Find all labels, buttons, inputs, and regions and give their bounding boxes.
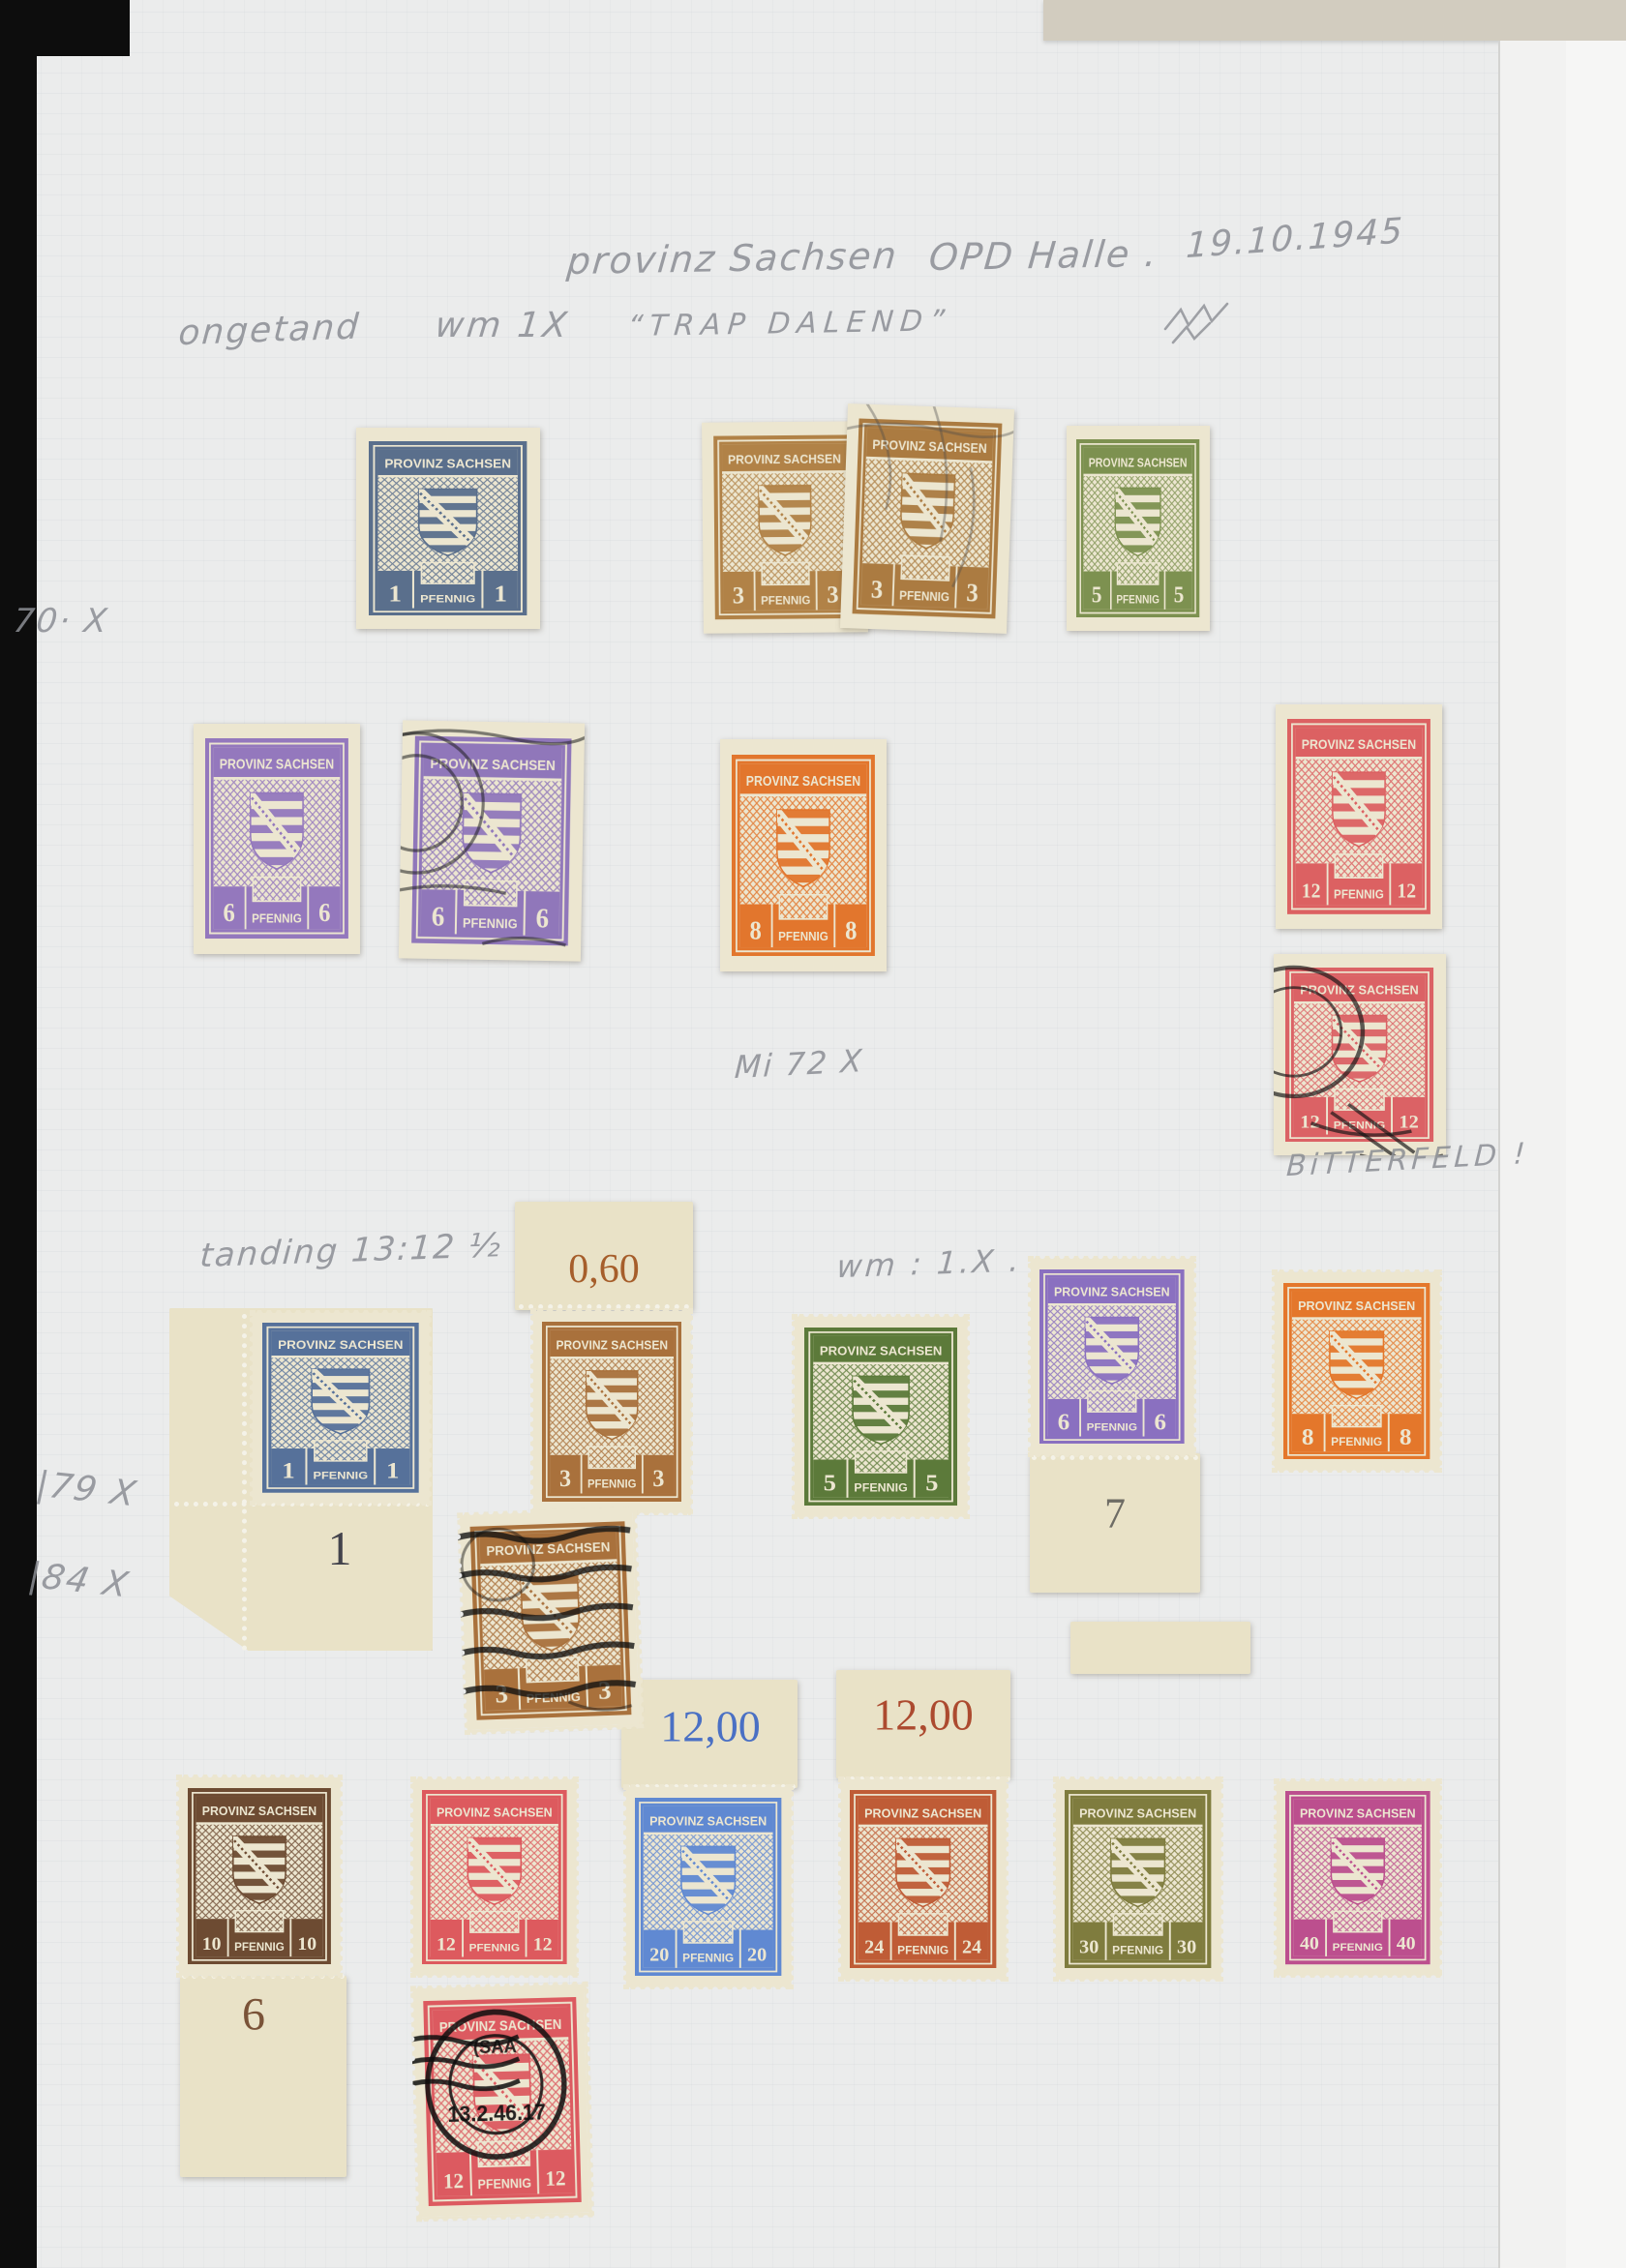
svg-text:5: 5 bbox=[925, 1469, 938, 1496]
svg-text:10: 10 bbox=[202, 1934, 222, 1955]
top-margin-20pf-number: 12,00 bbox=[660, 1701, 761, 1752]
svg-text:PFENNIG: PFENNIG bbox=[1334, 887, 1384, 902]
page-right-edge-light bbox=[1566, 41, 1626, 2268]
stamp-20pf: PROVINZ SACHSEN 20 20 PFENNIG bbox=[623, 1784, 794, 1989]
bottom-margin-6pf-number: 7 bbox=[1104, 1489, 1126, 1538]
svg-text:PROVINZ SACHSEN: PROVINZ SACHSEN bbox=[1298, 1298, 1415, 1313]
note-70x: 70· X bbox=[12, 602, 110, 641]
svg-text:3: 3 bbox=[827, 582, 838, 610]
svg-text:PROVINZ SACHSEN: PROVINZ SACHSEN bbox=[864, 1805, 981, 1820]
svg-text:PROVINZ SACHSEN: PROVINZ SACHSEN bbox=[649, 1813, 767, 1828]
svg-text:PFENNIG: PFENNIG bbox=[1333, 1941, 1383, 1954]
svg-text:PROVINZ SACHSEN: PROVINZ SACHSEN bbox=[220, 758, 334, 773]
stamp-10pf: PROVINZ SACHSEN 10 10 PFENNIG bbox=[176, 1775, 343, 1978]
stamp-12pf-used: PROVINZ SACHSEN 12 12 PFENNIG bbox=[1274, 954, 1446, 1155]
stamp-24pf: PROVINZ SACHSEN 24 24 PFENNIG bbox=[838, 1776, 1009, 1982]
stamp-5pf: PROVINZ SACHSEN 5 5 PFENNIG bbox=[1067, 426, 1210, 631]
stamp-3pf-used: PROVINZ SACHSEN 3 3 PFENNIG bbox=[840, 403, 1014, 634]
svg-text:8: 8 bbox=[1302, 1424, 1314, 1450]
svg-text:PFENNIG: PFENNIG bbox=[469, 1941, 520, 1954]
stamp-6pf: PROVINZ SACHSEN 6 6 PFENNIG bbox=[1028, 1256, 1196, 1457]
svg-text:PROVINZ SACHSEN: PROVINZ SACHSEN bbox=[278, 1338, 403, 1352]
svg-text:PROVINZ SACHSEN: PROVINZ SACHSEN bbox=[202, 1804, 316, 1818]
svg-text:PROVINZ SACHSEN: PROVINZ SACHSEN bbox=[728, 452, 841, 467]
svg-text:(SAA: (SAA bbox=[473, 2037, 518, 2059]
stamp-1pf: PROVINZ SACHSEN 1 1 PFENNIG bbox=[250, 1310, 432, 1506]
note-wm2: wm : 1.X . bbox=[835, 1241, 1023, 1285]
svg-text:PFENNIG: PFENNIG bbox=[683, 1952, 735, 1965]
bottom-margin-6pf: 7 bbox=[1030, 1453, 1200, 1593]
svg-text:1: 1 bbox=[282, 1459, 294, 1483]
svg-text:PFENNIG: PFENNIG bbox=[1332, 1436, 1383, 1448]
svg-text:PROVINZ SACHSEN: PROVINZ SACHSEN bbox=[1089, 455, 1188, 469]
top-margin-24pf-number: 12,00 bbox=[873, 1689, 974, 1741]
svg-text:PROVINZ SACHSEN: PROVINZ SACHSEN bbox=[746, 773, 860, 789]
top-margin-20pf: 12,00 bbox=[621, 1680, 798, 1788]
svg-text:6: 6 bbox=[1155, 1409, 1166, 1435]
note-mi72x: Mi 72 X bbox=[734, 1042, 864, 1086]
svg-text:PROVINZ SACHSEN: PROVINZ SACHSEN bbox=[385, 457, 512, 470]
svg-text:PFENNIG: PFENNIG bbox=[587, 1477, 637, 1490]
stamp-6pf-used: PROVINZ SACHSEN 6 6 PFENNIG bbox=[399, 720, 585, 961]
stamp-3pf-used: PROVINZ SACHSEN 3 3 PFENNIG bbox=[457, 1507, 645, 1735]
svg-text:PROVINZ SACHSEN: PROVINZ SACHSEN bbox=[1302, 737, 1416, 753]
svg-text:40: 40 bbox=[1397, 1934, 1416, 1955]
svg-text:8: 8 bbox=[750, 915, 762, 945]
page-top-edge bbox=[1043, 0, 1626, 41]
svg-text:PFENNIG: PFENNIG bbox=[252, 911, 302, 926]
svg-text:3: 3 bbox=[733, 582, 744, 610]
stamp-1pf: PROVINZ SACHSEN 1 1 PFENNIG bbox=[356, 428, 540, 629]
bottom-margin-10pf: 6 bbox=[180, 1976, 346, 2177]
svg-text:5: 5 bbox=[1174, 582, 1185, 608]
svg-text:PFENNIG: PFENNIG bbox=[898, 1944, 949, 1957]
stamp-40pf: PROVINZ SACHSEN 40 40 PFENNIG bbox=[1274, 1778, 1442, 1978]
svg-text:PROVINZ SACHSEN: PROVINZ SACHSEN bbox=[820, 1343, 943, 1357]
svg-text:6: 6 bbox=[224, 898, 235, 928]
header-region: provinz Sachsen bbox=[565, 234, 900, 283]
svg-text:PFENNIG: PFENNIG bbox=[420, 592, 475, 605]
top-margin-24pf: 12,00 bbox=[836, 1670, 1010, 1778]
svg-text:3: 3 bbox=[652, 1466, 664, 1492]
svg-text:40: 40 bbox=[1300, 1934, 1319, 1955]
svg-text:PFENNIG: PFENNIG bbox=[1087, 1420, 1137, 1433]
svg-text:20: 20 bbox=[649, 1944, 669, 1965]
svg-text:12: 12 bbox=[437, 1934, 456, 1955]
svg-text:PFENNIG: PFENNIG bbox=[1113, 1944, 1164, 1957]
svg-text:6: 6 bbox=[1058, 1409, 1069, 1435]
stamp-8pf: PROVINZ SACHSEN 8 8 PFENNIG bbox=[720, 739, 887, 971]
svg-text:8: 8 bbox=[845, 915, 857, 945]
svg-text:PROVINZ SACHSEN: PROVINZ SACHSEN bbox=[1054, 1284, 1170, 1298]
svg-text:30: 30 bbox=[1177, 1936, 1196, 1957]
stamp-12pf: PROVINZ SACHSEN 12 12 PFENNIG bbox=[1276, 704, 1442, 929]
scan-frame-top-left bbox=[0, 0, 130, 56]
header-opd: OPD Halle . bbox=[927, 232, 1160, 279]
note-ongetand: ongetand bbox=[177, 307, 361, 353]
svg-text:6: 6 bbox=[318, 898, 330, 928]
svg-text:3: 3 bbox=[559, 1466, 571, 1492]
top-margin-3pf-number: 0,60 bbox=[568, 1246, 640, 1293]
stamp-12pf: PROVINZ SACHSEN 12 12 PFENNIG bbox=[410, 1776, 579, 1978]
top-margin-3pf: 0,60 bbox=[515, 1202, 693, 1310]
svg-text:PFENNIG: PFENNIG bbox=[1117, 594, 1160, 607]
svg-text:8: 8 bbox=[1400, 1424, 1412, 1450]
svg-text:20: 20 bbox=[747, 1944, 767, 1965]
svg-text:PFENNIG: PFENNIG bbox=[761, 594, 810, 608]
stamp-5pf: PROVINZ SACHSEN 5 5 PFENNIG bbox=[792, 1314, 970, 1519]
note-wm1: wm 1X bbox=[434, 306, 572, 345]
svg-text:1: 1 bbox=[389, 580, 403, 606]
svg-text:PFENNIG: PFENNIG bbox=[314, 1470, 369, 1482]
stamp-12pf-used: PROVINZ SACHSEN 12 12 PFENNIG (SAA 13.2.… bbox=[410, 1982, 594, 2223]
svg-text:PFENNIG: PFENNIG bbox=[854, 1481, 907, 1495]
svg-text:24: 24 bbox=[864, 1936, 884, 1957]
svg-text:5: 5 bbox=[824, 1469, 836, 1496]
corner-margin-1pf-number: 1 bbox=[328, 1520, 352, 1576]
bottom-margin-10pf-number: 6 bbox=[242, 1988, 265, 2042]
svg-text:PROVINZ SACHSEN: PROVINZ SACHSEN bbox=[556, 1337, 668, 1352]
pencil-squiggle-mark bbox=[1159, 300, 1266, 355]
svg-text:24: 24 bbox=[962, 1936, 981, 1957]
blank-piece bbox=[1070, 1622, 1250, 1674]
stamp-30pf: PROVINZ SACHSEN 30 30 PFENNIG bbox=[1053, 1776, 1223, 1982]
note-trap: “TRAP DALEND” bbox=[626, 304, 952, 343]
svg-text:12: 12 bbox=[1302, 880, 1321, 903]
album-page: 10,607612,0012,00 PROVINZ SACHSEN 1 1 PF… bbox=[0, 0, 1626, 2268]
svg-text:1: 1 bbox=[495, 580, 508, 606]
svg-text:5: 5 bbox=[1092, 582, 1102, 608]
svg-text:PFENNIG: PFENNIG bbox=[778, 929, 828, 943]
scan-frame-left bbox=[0, 0, 37, 2268]
svg-text:12: 12 bbox=[533, 1934, 553, 1955]
perforation-line bbox=[242, 1314, 247, 1651]
svg-text:PROVINZ SACHSEN: PROVINZ SACHSEN bbox=[1079, 1805, 1196, 1820]
svg-text:PROVINZ SACHSEN: PROVINZ SACHSEN bbox=[437, 1805, 553, 1819]
svg-text:1: 1 bbox=[386, 1459, 399, 1483]
svg-text:13.2.46.17: 13.2.46.17 bbox=[447, 2100, 546, 2127]
svg-text:12: 12 bbox=[1397, 880, 1416, 903]
svg-text:10: 10 bbox=[297, 1934, 316, 1955]
svg-text:30: 30 bbox=[1079, 1936, 1099, 1957]
svg-text:PFENNIG: PFENNIG bbox=[234, 1941, 285, 1954]
stamp-8pf: PROVINZ SACHSEN 8 8 PFENNIG bbox=[1272, 1269, 1442, 1473]
stamp-3pf: PROVINZ SACHSEN 3 3 PFENNIG bbox=[530, 1308, 693, 1515]
stamp-6pf: PROVINZ SACHSEN 6 6 PFENNIG bbox=[194, 724, 360, 954]
svg-text:PROVINZ SACHSEN: PROVINZ SACHSEN bbox=[1300, 1806, 1416, 1821]
